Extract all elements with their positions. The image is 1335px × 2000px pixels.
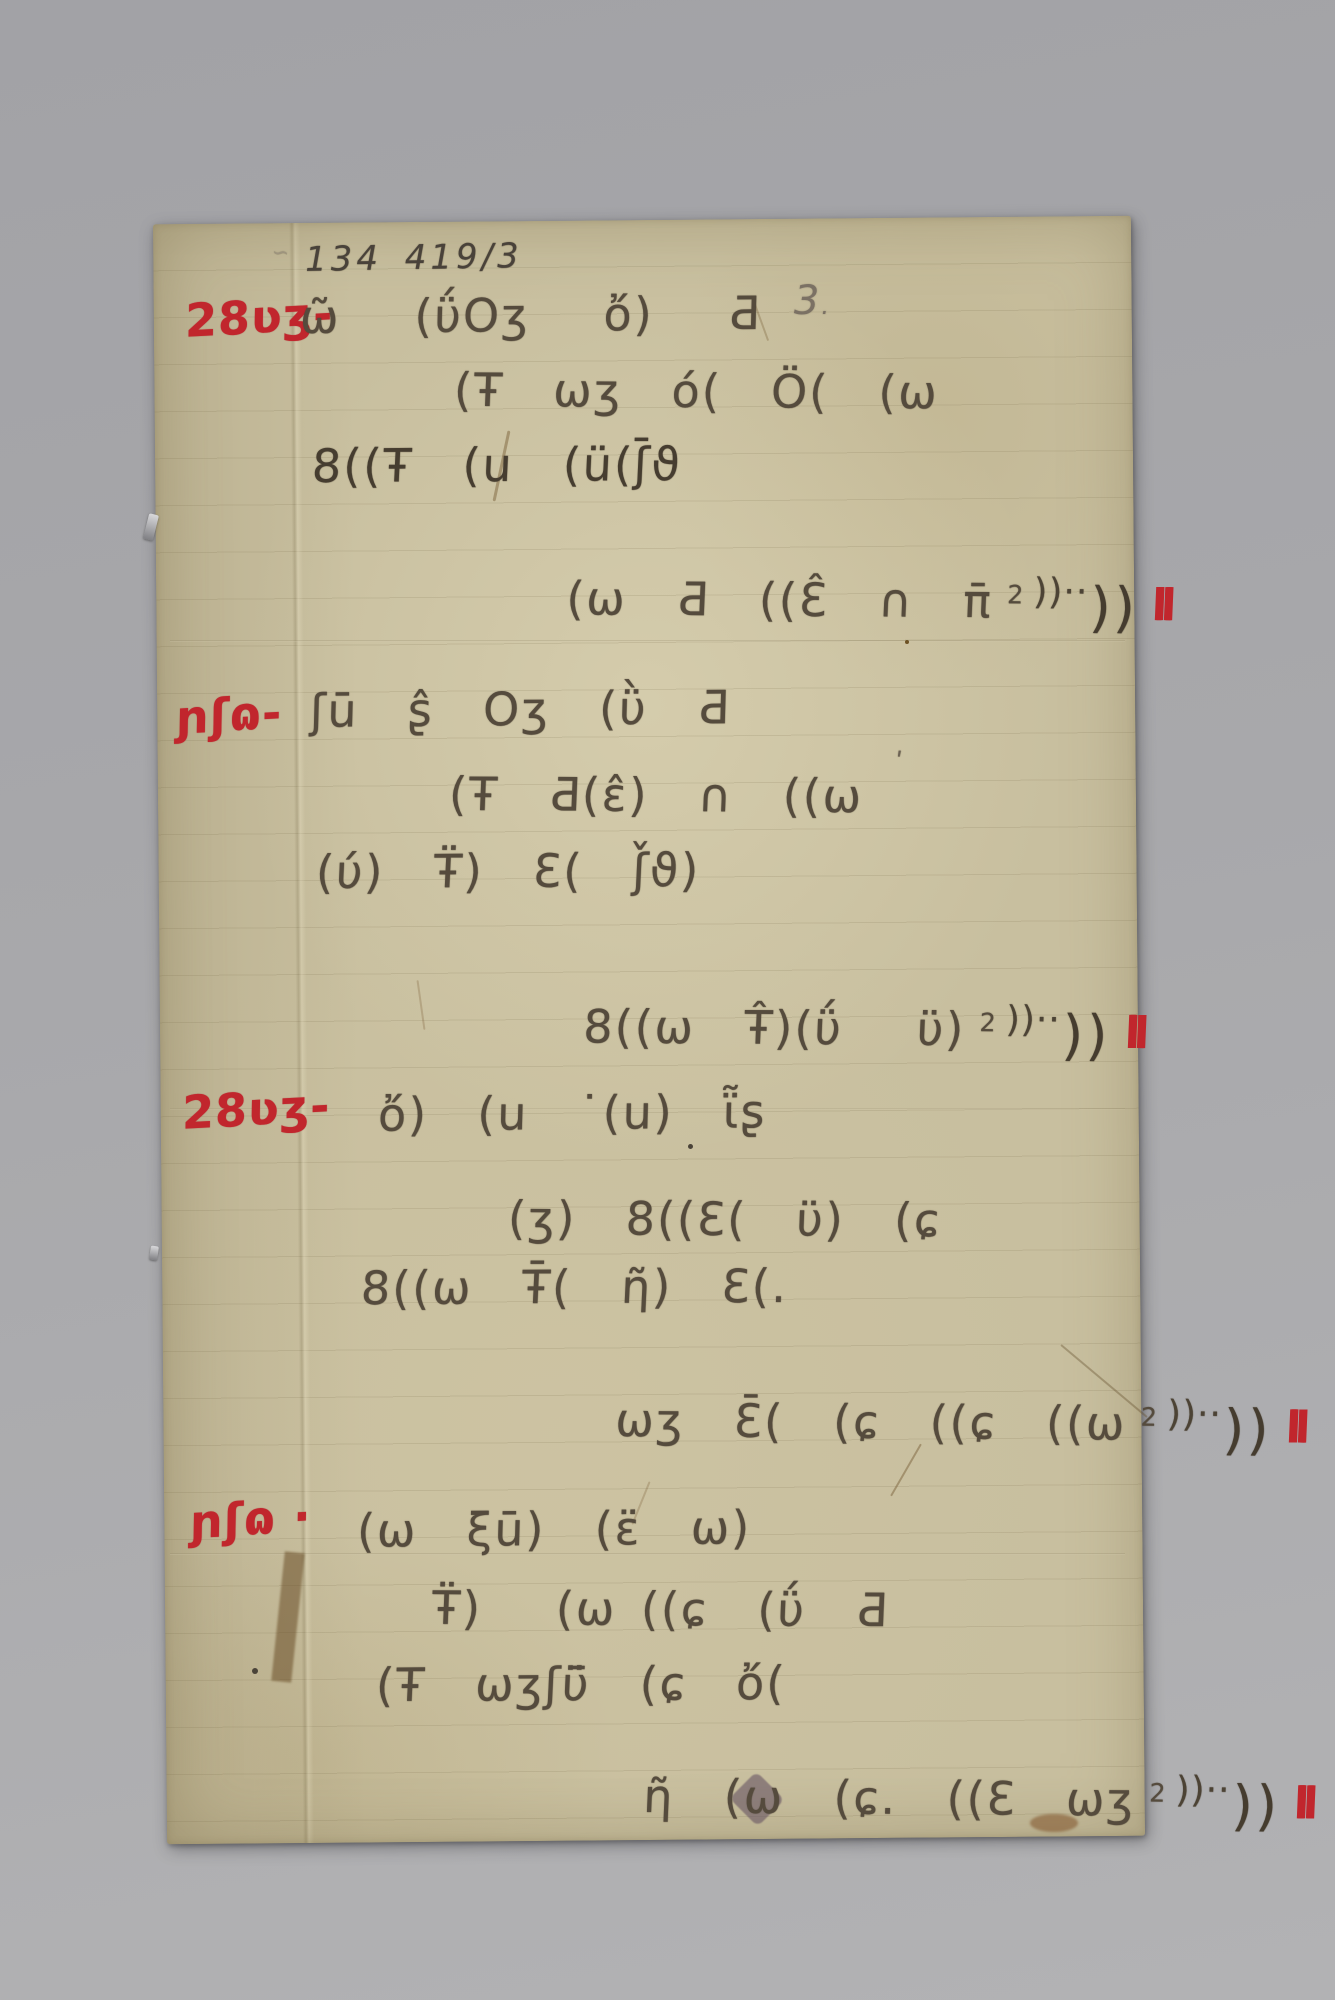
stanza-3-label: 28ʋʒ- bbox=[182, 1078, 331, 1140]
stanza-3-line-4-text: ωʒ Ɛ̄( (ɕ ((ɕ ((ω bbox=[614, 1393, 1127, 1451]
stanza-2-label: ɲʃɷ- bbox=[176, 685, 283, 745]
archive-number: 134 419/3 bbox=[305, 236, 523, 280]
repeat-count-sup: 2 bbox=[979, 1008, 996, 1037]
stanza-1-line-4: (ω Ƌ ((Ɛ̂ ∩ π̄2))··))‖ bbox=[464, 510, 1178, 686]
red-end-mark: ‖ bbox=[1121, 1009, 1154, 1048]
stanza-4-line-3: (Ŧ ωʒʃϋ̄ (ɕ ὄ( bbox=[375, 1656, 788, 1712]
repeat-mark-big: )) bbox=[1222, 1398, 1273, 1461]
stanza-2-line-3: (ύ) Ŧ̈) Ɛ( ʃ̌ϑ) bbox=[315, 843, 702, 899]
repeat-count-sup: 2 bbox=[1149, 1779, 1166, 1808]
stanza-3-line-1: ὄ) (u ˙(u) ῗʂ bbox=[377, 1084, 767, 1141]
stanza-3-line-3: 8((ω Ŧ̄( ῆ) Ɛ(. bbox=[360, 1259, 790, 1315]
stanza-1-line-4-text: (ω Ƌ ((Ɛ̂ ∩ π̄ bbox=[565, 571, 994, 628]
repeat-mark-big: )) bbox=[1061, 1003, 1112, 1066]
stanza-4-line-2: Ŧ̈) (ω ((ɕ (ΰ Ƌ bbox=[431, 1581, 890, 1637]
repeat-count-sup: 2 bbox=[1007, 580, 1024, 609]
repeat-mark-small: ))·· bbox=[1175, 1770, 1232, 1811]
stray-pencil-tick: ʹ bbox=[896, 748, 905, 776]
pin bbox=[149, 1246, 159, 1261]
stanza-3-line-2: (ʒ) 8((Ɛ( ϋ) (ɕ bbox=[507, 1191, 943, 1247]
red-end-mark: ‖ bbox=[1149, 581, 1182, 620]
repeat-mark-big: )) bbox=[1230, 1774, 1281, 1837]
stanza-4-line-1: (ω ξū) (ɛ̈ ω) bbox=[356, 1500, 752, 1557]
paper-speck bbox=[252, 1668, 258, 1674]
repeat-mark-big: )) bbox=[1088, 575, 1139, 638]
stanza-4-label: ɲʃɷ · bbox=[190, 1489, 312, 1549]
repeat-mark-small: ))·· bbox=[1033, 572, 1090, 613]
repeat-mark-small: ))·· bbox=[1005, 1000, 1062, 1041]
page-number-dot: . bbox=[821, 292, 831, 320]
red-end-mark: ‖ bbox=[1283, 1404, 1316, 1443]
red-end-mark: ‖ bbox=[1291, 1780, 1324, 1819]
pencil-squiggle: ∽ bbox=[272, 240, 291, 264]
stanza-2-line-1: ʃū ʂ̂ Οʒ (ῢ Ƌ bbox=[309, 680, 731, 738]
stanza-4-line-4-text: ῆ (ω (ɕ. ((Ɛ ωʒ bbox=[642, 1769, 1136, 1826]
paper-speck bbox=[688, 1144, 693, 1149]
stanza-3-line-4: ωʒ Ɛ̄( (ɕ ((ɕ ((ω2))··))‖ bbox=[513, 1331, 1312, 1507]
repeat-count-sup: 2 bbox=[1140, 1403, 1157, 1432]
scanned-manuscript-photo: ∽ 134 419/3 3. 28ʋʒ- ῶ (ΰΟʒ ὄ) Ƌ (Ŧ ωʒ ό… bbox=[0, 0, 1335, 2000]
stanza-1-line-2: (Ŧ ωʒ ό( Ö( (ω bbox=[453, 363, 940, 420]
stanza-2-line-2: (Ŧ Ƌ(ɛ̂) ∩ ((ω bbox=[448, 767, 864, 823]
stanza-1-line-1: ῶ (ΰΟʒ ὄ) Ƌ bbox=[299, 286, 762, 344]
repeat-mark-small: ))·· bbox=[1166, 1394, 1223, 1435]
stanza-4-line-4: ῆ (ω (ɕ. ((Ɛ ωʒ2))··))‖ bbox=[541, 1707, 1320, 1883]
stanza-1-line-3: 8((Ŧ (u (ü(ʃ̄ϑ bbox=[311, 437, 683, 493]
page-number-value: 3 bbox=[794, 278, 821, 324]
stanza-2-line-4-text: 8((ω Ŧ̂)(ΰ ϋ) bbox=[582, 999, 966, 1056]
